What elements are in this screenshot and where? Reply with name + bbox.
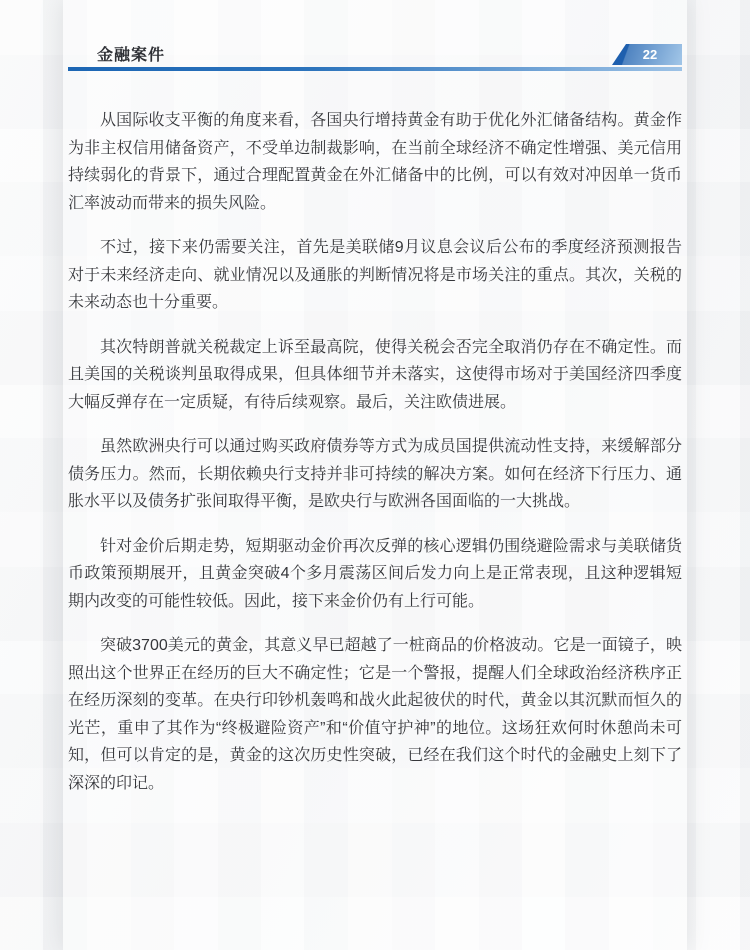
paragraph: 虽然欧洲央行可以通过购买政府债券等方式为成员国提供流动性支持，来缓解部分债务压力…: [68, 433, 682, 516]
page-header: 金融案件 22: [63, 0, 687, 71]
article-body: 从国际收支平衡的角度来看，各国央行增持黄金有助于优化外汇储备结构。黄金作为非主权…: [63, 71, 687, 797]
paragraph: 从国际收支平衡的角度来看，各国央行增持黄金有助于优化外汇储备结构。黄金作为非主权…: [68, 107, 682, 217]
paragraph: 针对金价后期走势，短期驱动金价再次反弹的核心逻辑仍围绕避险需求与美联储货币政策预…: [68, 533, 682, 616]
page-number-badge: 22: [612, 44, 682, 65]
document-page: 金融案件 22 从国际收支平衡的角度来看，各国央行增持黄金有助于优化外汇储备结构…: [63, 0, 687, 950]
section-title: 金融案件: [97, 42, 165, 65]
report-page-background: { "header": { "title": "金融案件", "page_num…: [0, 0, 750, 950]
header-rule-divider: [68, 67, 682, 71]
page-number: 22: [637, 47, 657, 62]
paragraph: 不过，接下来仍需要关注，首先是美联储9月议息会议后公布的季度经济预测报告对于未来…: [68, 234, 682, 317]
paragraph: 其次特朗普就关税裁定上诉至最高院，使得关税会否完全取消仍存在不确定性。而且美国的…: [68, 334, 682, 417]
paragraph: 突破3700美元的黄金，其意义早已超越了一桩商品的价格波动。它是一面镜子，映照出…: [68, 632, 682, 797]
